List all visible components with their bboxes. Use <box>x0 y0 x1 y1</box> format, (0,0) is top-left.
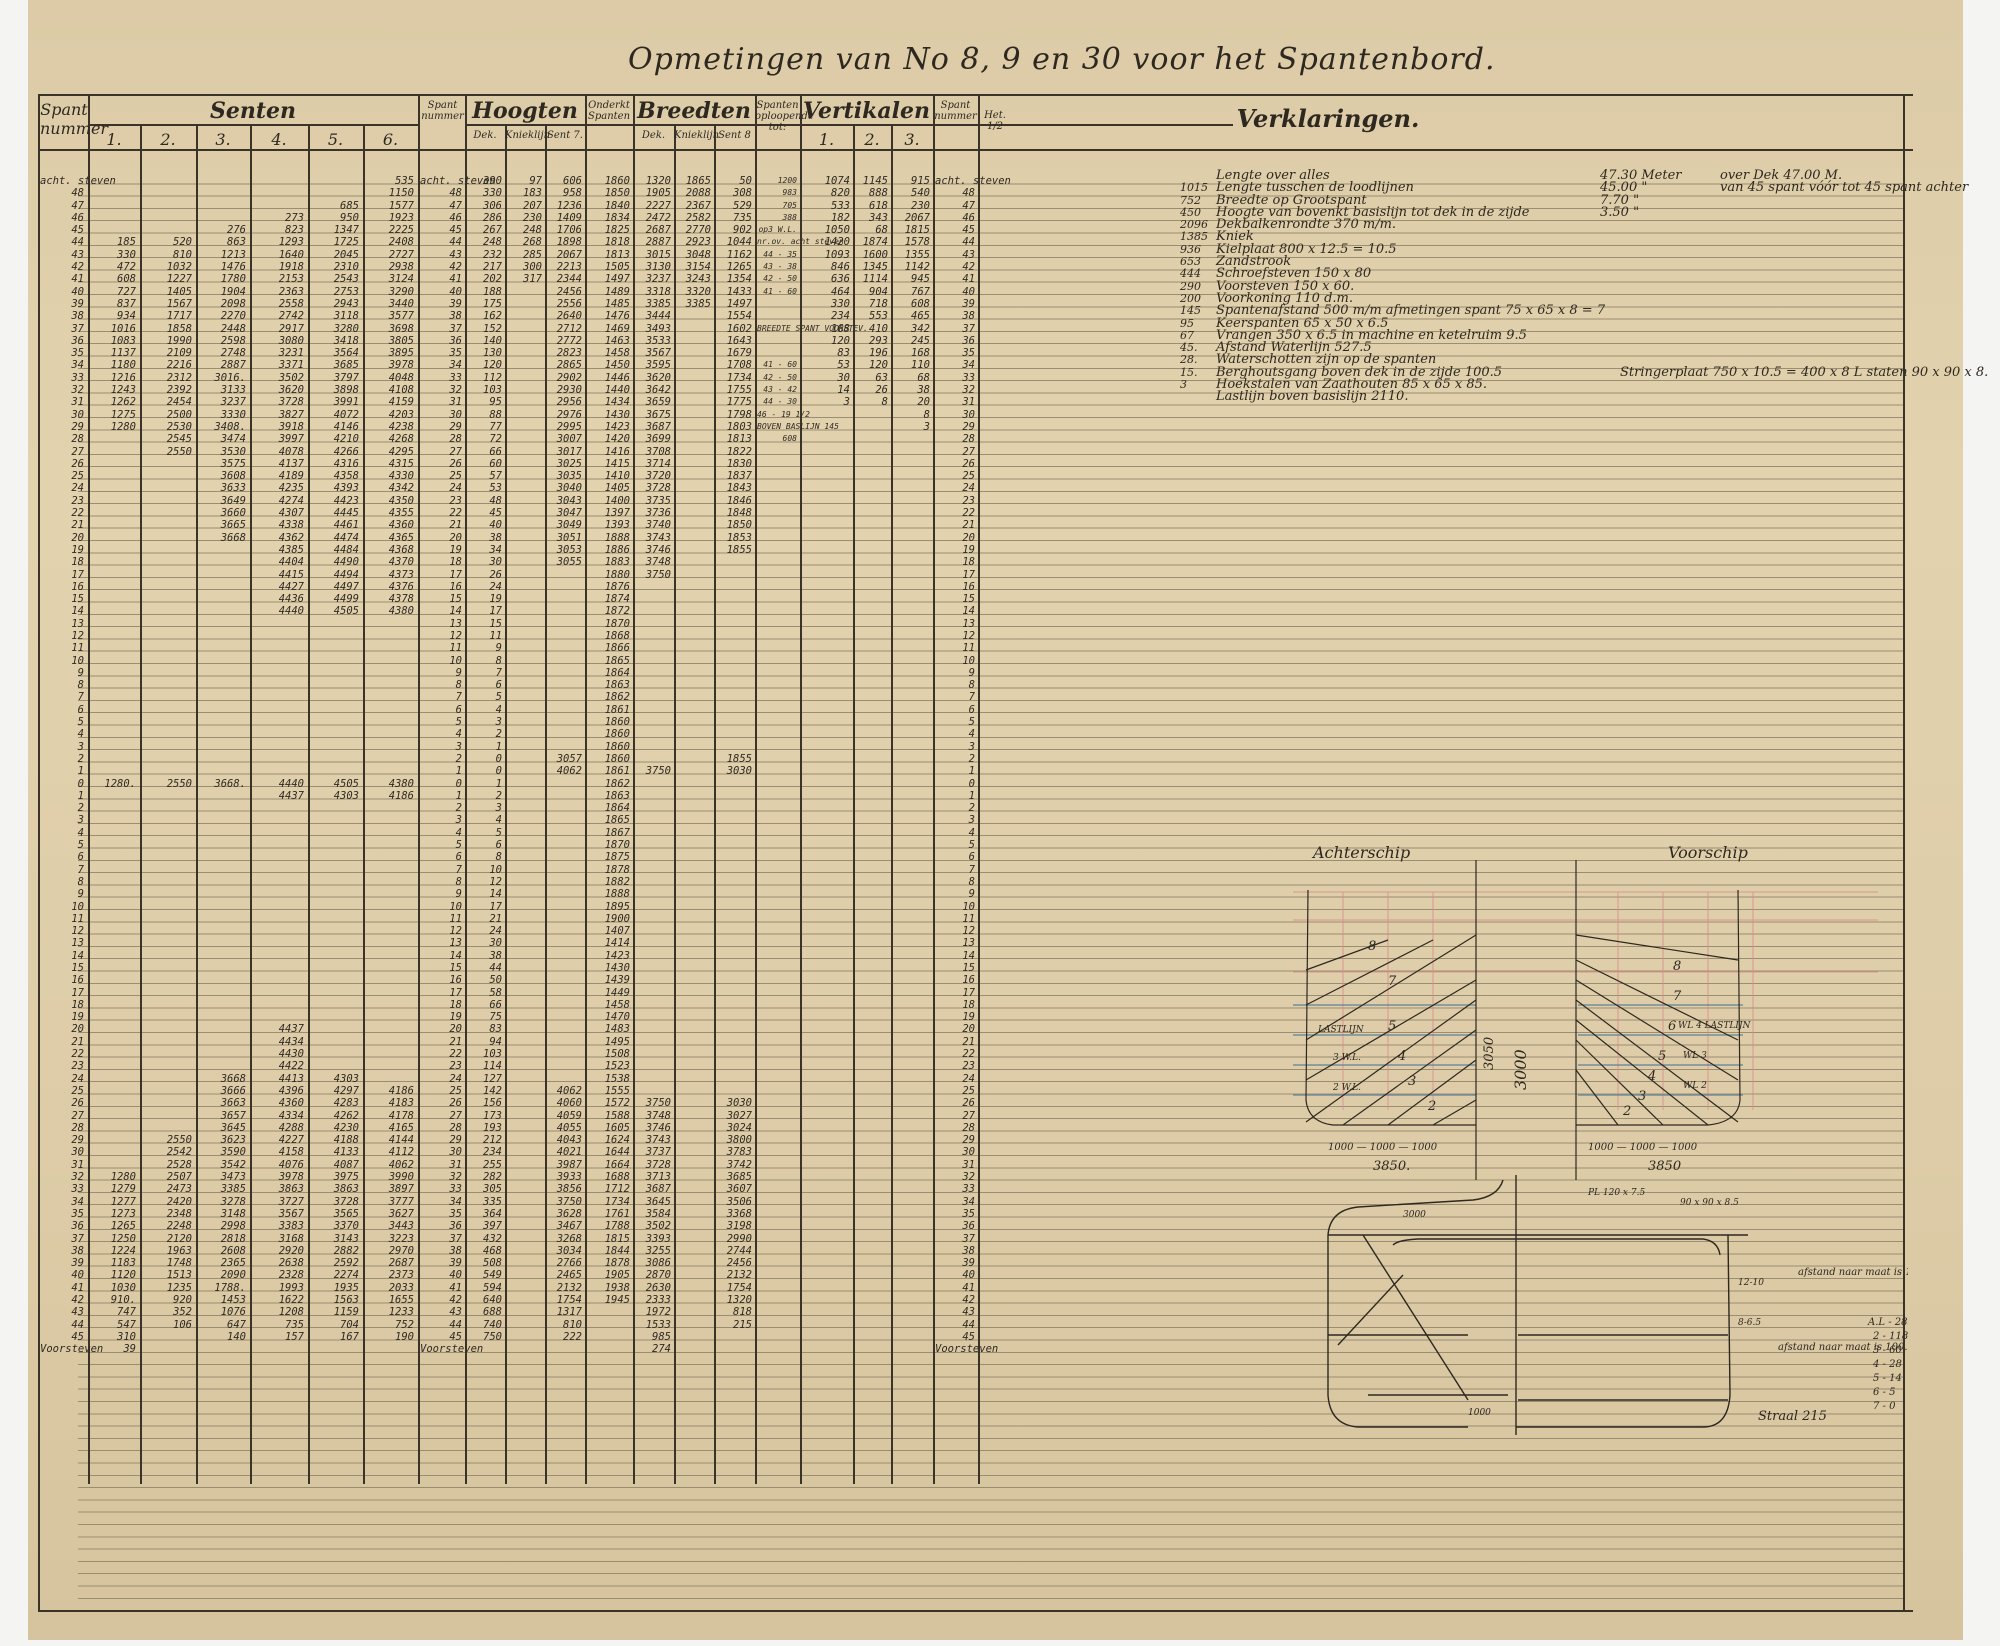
column-vertikalen-2: 1145 888 618 343 68 1874 1600 1345 1114 … <box>855 175 888 409</box>
svg-text:afstand naar maat is 100.: afstand naar maat is 100. <box>1798 1267 1908 1278</box>
header-spant-nummer: Spant nummer <box>40 100 88 138</box>
svg-text:8: 8 <box>1673 959 1681 974</box>
header-breedten: Breedten <box>633 98 755 124</box>
header-senten-6: 6. <box>363 130 418 149</box>
subheader-line <box>88 124 418 126</box>
svg-text:2 W.L.: 2 W.L. <box>1332 1083 1361 1093</box>
header-hoogten: Hoogten <box>465 98 585 124</box>
svg-text:1000 — 1000 — 1000: 1000 — 1000 — 1000 <box>1588 1142 1698 1153</box>
header-vertikalen-2: 2. <box>853 130 891 149</box>
frame-diagram: 3850. 3850 1000 — 1000 — 1000 1000 — 100… <box>1288 860 1908 1180</box>
svg-text:7: 7 <box>1388 974 1397 989</box>
svg-text:12-10: 12-10 <box>1738 1278 1764 1288</box>
svg-text:3 - 60: 3 - 60 <box>1873 1345 1902 1356</box>
column-senten-6: 535 1150 1577 1923 2225 2408 2727 2938 3… <box>365 175 414 1343</box>
svg-text:7: 7 <box>1673 989 1682 1004</box>
header-spanten-oploopende: Spanten oploopende tot: <box>755 100 800 133</box>
svg-text:4: 4 <box>1397 1049 1406 1064</box>
frame-bottom <box>38 1610 1913 1612</box>
svg-text:8-6.5: 8-6.5 <box>1738 1318 1761 1328</box>
svg-text:5: 5 <box>1658 1049 1666 1064</box>
svg-text:4 - 28: 4 - 28 <box>1872 1359 1902 1370</box>
column-senten-3: 276 863 1213 1476 1780 1904 2098 2270 24… <box>198 175 246 1343</box>
column-hoogten-knieklijn: 97 183 207 230 248 268 285 300 317 <box>507 175 542 286</box>
svg-text:6: 6 <box>1668 1019 1676 1034</box>
column-vertikalen-3: 915 540 230 2067 1815 1578 1355 1142 945… <box>893 175 930 433</box>
midship-section-diagram: PL 120 x 7.5 90 x 90 x 8.5 12-10 8-6.5 S… <box>1308 1175 1908 1435</box>
header-spant-nummer-3: Spant nummer <box>933 100 978 122</box>
svg-text:WL 3: WL 3 <box>1683 1051 1707 1061</box>
col-divider <box>978 94 980 1484</box>
header-senten-4: 4. <box>250 130 308 149</box>
header-breedten-dek: Dek. <box>633 130 674 141</box>
svg-text:WL 2: WL 2 <box>1683 1081 1707 1091</box>
header-senten-3: 3. <box>196 130 250 149</box>
svg-text:Straal 215: Straal 215 <box>1758 1409 1827 1424</box>
header-vertikalen: Vertikalen <box>800 98 933 124</box>
header-senten-1: 1. <box>88 130 140 149</box>
column-spant-3: acht. steven 48 47 46 45 44 43 42 41 40 … <box>935 175 975 1356</box>
header-vertikalen-3: 3. <box>891 130 933 149</box>
svg-text:2: 2 <box>1622 1104 1631 1119</box>
svg-text:90 x 90 x 8.5: 90 x 90 x 8.5 <box>1680 1198 1739 1208</box>
svg-text:5: 5 <box>1388 1019 1396 1034</box>
svg-text:3 W.L.: 3 W.L. <box>1333 1053 1361 1063</box>
column-senten-2: 520 810 1032 1227 1405 1567 1717 1858 19… <box>142 175 192 1331</box>
column-spanten-oploopende: 1200 983 705 388 op3 W.L. nr.ov. acht st… <box>757 175 797 446</box>
achterschip-width: 3850. <box>1373 1159 1410 1174</box>
column-onderkant-spanten: 1860 1850 1840 1834 1825 1818 1813 1505 … <box>587 175 630 1306</box>
svg-text:3: 3 <box>1638 1089 1646 1104</box>
header-breedten-knieklijn: Knieklijn <box>674 130 714 141</box>
svg-text:8: 8 <box>1368 939 1376 954</box>
header-senten-5: 5. <box>308 130 363 149</box>
svg-text:A.L - 289: A.L - 289 <box>1867 1317 1908 1328</box>
column-senten-5: 685 950 1347 1725 2045 2310 2543 2753 29… <box>310 175 359 1343</box>
svg-text:2: 2 <box>1427 1099 1436 1114</box>
svg-text:WL 4 LASTLIJN: WL 4 LASTLIJN <box>1678 1021 1751 1031</box>
column-spant-2: acht. steven 48 47 46 45 44 43 42 41 40 … <box>420 175 462 1356</box>
column-senten-4: 273 823 1293 1640 1918 2153 2363 2558 27… <box>252 175 304 1343</box>
svg-text:1000: 1000 <box>1468 1408 1491 1418</box>
header-breedten-sent8: Sent 8 <box>714 130 755 141</box>
header-onderkant-spanten: Onderkt Spanten <box>585 100 633 122</box>
svg-text:3000: 3000 <box>1511 1049 1530 1090</box>
header-het: Het. 1/2 <box>980 110 1010 132</box>
header-verklaringen: Verklaringen. <box>1178 104 1478 133</box>
column-senten-1: 185 330 472 608 727 837 934 1016 1083 11… <box>90 175 136 1356</box>
svg-text:4: 4 <box>1647 1069 1656 1084</box>
header-senten: Senten <box>88 98 418 124</box>
column-hoogten-dek: 390 330 306 286 267 248 232 217 202 188 … <box>467 175 502 1343</box>
voorschip-width: 3850 <box>1648 1159 1681 1174</box>
verklaring-item: Lastlijn boven basislijn 2110. <box>1180 391 1605 403</box>
header-vertikalen-1: 1. <box>800 130 853 149</box>
svg-text:3000: 3000 <box>1403 1210 1426 1220</box>
col-divider <box>674 125 676 1484</box>
column-spant: acht. steven 48 47 46 45 44 43 42 41 40 … <box>40 175 84 1356</box>
column-breedten-sent8: 50 308 529 735 902 1044 1162 1265 1354 1… <box>716 175 752 1331</box>
svg-text:3050: 3050 <box>1482 1037 1497 1070</box>
svg-text:LASTLIJN: LASTLIJN <box>1317 1025 1365 1035</box>
column-breedten-knieklijn: 1865 2088 2367 2582 2770 2923 3048 3154 … <box>676 175 711 310</box>
column-hoogten-sent7: 606 958 1236 1409 1706 1898 2067 2213 23… <box>547 175 582 1343</box>
header-hoogten-knieklijn: Knieklijn <box>505 130 545 141</box>
verklaringen-list: Lengte over alles47.30 Meterover Dek 47.… <box>1180 170 1605 404</box>
svg-text:6 - 5: 6 - 5 <box>1873 1387 1895 1398</box>
column-breedten-dek: 1320 1905 2227 2472 2687 2887 3015 3130 … <box>635 175 671 1356</box>
svg-text:3: 3 <box>1408 1074 1416 1089</box>
subheader-line <box>465 124 1233 126</box>
header-hoogten-sent7: Sent 7. <box>545 130 585 141</box>
document-title: Opmetingen van No 8, 9 en 30 voor het Sp… <box>628 42 1496 77</box>
svg-text:7 - 0: 7 - 0 <box>1873 1401 1896 1412</box>
document-sheet: Opmetingen van No 8, 9 en 30 voor het Sp… <box>28 0 1963 1640</box>
header-spant-nummer-2: Spant nummer <box>420 100 465 122</box>
svg-text:2 - 118: 2 - 118 <box>1872 1331 1908 1342</box>
header-senten-2: 2. <box>140 130 196 149</box>
svg-text:1000 — 1000 — 1000: 1000 — 1000 — 1000 <box>1328 1142 1438 1153</box>
svg-text:PL 120 x 7.5: PL 120 x 7.5 <box>1587 1188 1645 1198</box>
header-hoogten-dek: Dek. <box>465 130 505 141</box>
col-divider <box>505 125 507 1484</box>
header-bottom <box>38 149 1913 151</box>
column-vertikalen-1: 1074 820 533 182 1050 1420 1093 846 636 … <box>802 175 850 409</box>
svg-text:5 - 14: 5 - 14 <box>1873 1373 1902 1384</box>
frame-top <box>38 94 1913 96</box>
